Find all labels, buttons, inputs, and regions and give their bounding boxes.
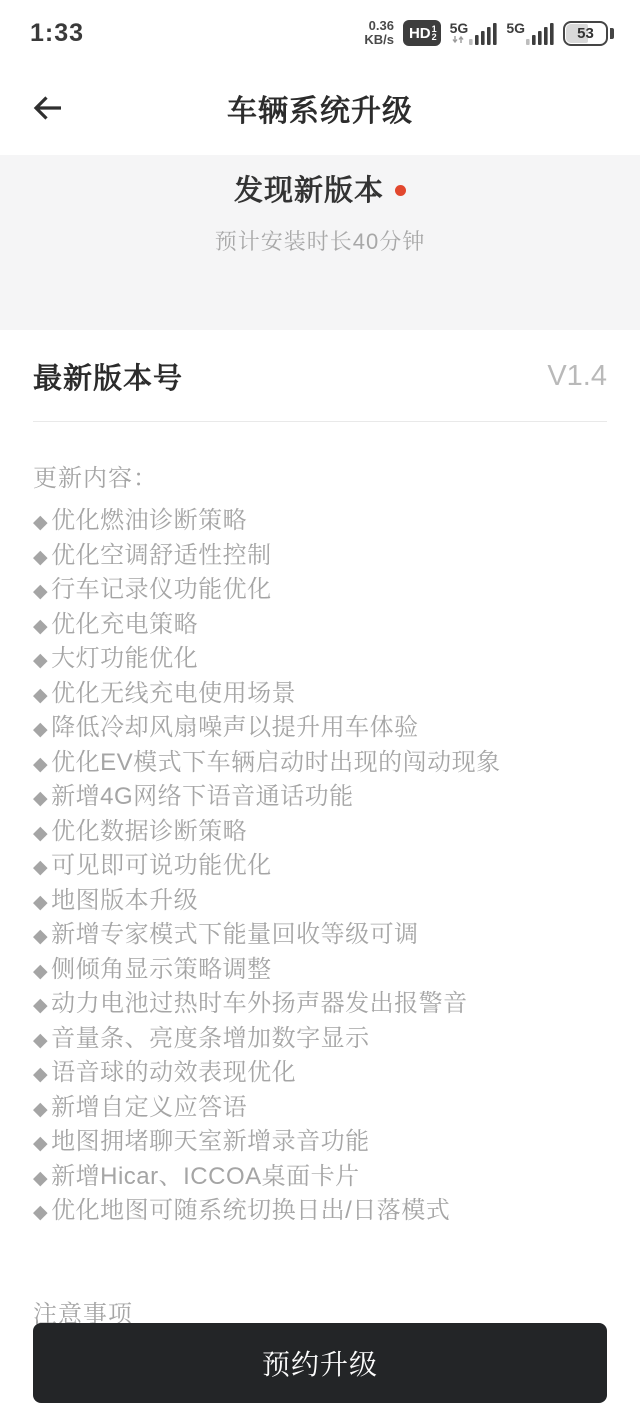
diamond-bullet-icon: ◆	[33, 956, 48, 989]
update-content-heading: 更新内容：	[33, 458, 607, 493]
version-value: V1.4	[547, 360, 607, 393]
update-item-text: 新增专家模式下能量回收等级可调	[51, 919, 419, 952]
divider	[33, 421, 607, 422]
hd-voice-icon: HD 1 2	[403, 20, 441, 46]
diamond-bullet-icon: ◆	[33, 990, 48, 1023]
update-item-text: 语音球的动效表现优化	[51, 1057, 296, 1090]
sim1-5g-label: 5G	[450, 21, 469, 35]
title-bar: 车辆系统升级	[0, 60, 640, 155]
footer: 预约升级	[0, 1323, 640, 1403]
hd-sim2: 2	[432, 33, 437, 41]
diamond-bullet-icon: ◆	[33, 645, 48, 678]
update-list-item: ◆动力电池过热时车外扬声器发出报警音	[33, 988, 607, 1023]
diamond-bullet-icon: ◆	[33, 1128, 48, 1161]
update-list: ◆优化燃油诊断策略◆优化空调舒适性控制◆行车记录仪功能优化◆优化充电策略◆大灯功…	[33, 505, 607, 1230]
update-list-item: ◆地图拥堵聊天室新增录音功能	[33, 1126, 607, 1161]
version-label: 最新版本号	[33, 356, 183, 397]
update-list-item: ◆优化燃油诊断策略	[33, 505, 607, 540]
signal-sim1-icon: 5G	[450, 21, 498, 45]
status-bar: 1:33 0.36 KB/s HD 1 2 5G	[0, 0, 640, 60]
update-item-text: 优化地图可随系统切换日出/日落模式	[51, 1195, 450, 1228]
clock: 1:33	[30, 19, 84, 48]
hd-sim-numbers: 1 2	[432, 25, 437, 41]
red-dot-badge	[395, 185, 406, 196]
update-list-item: ◆新增4G网络下语音通话功能	[33, 781, 607, 816]
update-list-item: ◆优化EV模式下车辆启动时出现的闯动现象	[33, 747, 607, 782]
battery-percent: 53	[565, 23, 606, 44]
update-item-text: 优化空调舒适性控制	[51, 540, 272, 573]
update-item-text: 动力电池过热时车外扬声器发出报警音	[51, 988, 468, 1021]
arrow-left-icon	[30, 90, 66, 126]
update-item-text: 优化无线充电使用场景	[51, 678, 296, 711]
back-button[interactable]	[28, 88, 68, 128]
update-list-item: ◆优化数据诊断策略	[33, 816, 607, 851]
update-item-text: 降低冷却风扇噪声以提升用车体验	[51, 712, 419, 745]
network-speed-indicator: 0.36 KB/s	[364, 19, 394, 47]
update-item-text: 侧倾角显示策略调整	[51, 954, 272, 987]
diamond-bullet-icon: ◆	[33, 749, 48, 782]
install-duration-text: 预计安装时长40分钟	[0, 225, 640, 256]
signal-sim2-icon: 5G	[506, 21, 554, 45]
update-list-item: ◆音量条、亮度条增加数字显示	[33, 1023, 607, 1058]
update-list-item: ◆语音球的动效表现优化	[33, 1057, 607, 1092]
diamond-bullet-icon: ◆	[33, 887, 48, 920]
diamond-bullet-icon: ◆	[33, 1163, 48, 1196]
update-list-item: ◆侧倾角显示策略调整	[33, 954, 607, 989]
diamond-bullet-icon: ◆	[33, 507, 48, 540]
update-item-text: 新增自定义应答语	[51, 1092, 247, 1125]
content: 最新版本号 V1.4 更新内容： ◆优化燃油诊断策略◆优化空调舒适性控制◆行车记…	[0, 330, 640, 1388]
update-item-text: 音量条、亮度条增加数字显示	[51, 1023, 370, 1056]
update-item-text: 优化充电策略	[51, 609, 198, 642]
update-item-text: 可见即可说功能优化	[51, 850, 272, 883]
update-list-item: ◆降低冷却风扇噪声以提升用车体验	[33, 712, 607, 747]
update-item-text: 优化EV模式下车辆启动时出现的闯动现象	[51, 747, 501, 780]
update-list-item: ◆优化无线充电使用场景	[33, 678, 607, 713]
data-arrows-icon	[452, 35, 466, 44]
update-item-text: 优化数据诊断策略	[51, 816, 247, 849]
diamond-bullet-icon: ◆	[33, 680, 48, 713]
update-list-item: ◆可见即可说功能优化	[33, 850, 607, 885]
signal-bars-icon	[469, 21, 497, 45]
diamond-bullet-icon: ◆	[33, 1094, 48, 1127]
diamond-bullet-icon: ◆	[33, 1059, 48, 1092]
diamond-bullet-icon: ◆	[33, 852, 48, 885]
signal-bars-icon	[526, 21, 554, 45]
update-item-text: 新增4G网络下语音通话功能	[51, 781, 354, 814]
update-list-item: ◆新增专家模式下能量回收等级可调	[33, 919, 607, 954]
diamond-bullet-icon: ◆	[33, 921, 48, 954]
update-list-item: ◆大灯功能优化	[33, 643, 607, 678]
diamond-bullet-icon: ◆	[33, 783, 48, 816]
update-item-text: 新增Hicar、ICCOA桌面卡片	[51, 1161, 360, 1194]
new-version-title: 发现新版本	[234, 168, 384, 209]
diamond-bullet-icon: ◆	[33, 1197, 48, 1230]
page-title: 车辆系统升级	[0, 86, 640, 130]
diamond-bullet-icon: ◆	[33, 1025, 48, 1058]
schedule-upgrade-button[interactable]: 预约升级	[33, 1323, 607, 1403]
status-icons: 0.36 KB/s HD 1 2 5G	[364, 19, 614, 47]
new-version-banner: 发现新版本 预计安装时长40分钟	[0, 155, 640, 330]
diamond-bullet-icon: ◆	[33, 611, 48, 644]
update-item-text: 地图拥堵聊天室新增录音功能	[51, 1126, 370, 1159]
sim2-5g-label: 5G	[506, 21, 525, 35]
latest-version-row: 最新版本号 V1.4	[33, 330, 607, 397]
network-speed-value: 0.36	[369, 19, 394, 33]
network-speed-unit: KB/s	[364, 33, 394, 47]
update-item-text: 行车记录仪功能优化	[51, 574, 272, 607]
battery-icon: 53	[563, 21, 614, 46]
diamond-bullet-icon: ◆	[33, 714, 48, 747]
update-list-item: ◆优化地图可随系统切换日出/日落模式	[33, 1195, 607, 1230]
update-item-text: 大灯功能优化	[51, 643, 198, 676]
update-list-item: ◆行车记录仪功能优化	[33, 574, 607, 609]
hd-label: HD	[409, 25, 431, 42]
update-list-item: ◆地图版本升级	[33, 885, 607, 920]
update-list-item: ◆新增自定义应答语	[33, 1092, 607, 1127]
update-item-text: 优化燃油诊断策略	[51, 505, 247, 538]
update-list-item: ◆优化空调舒适性控制	[33, 540, 607, 575]
update-list-item: ◆新增Hicar、ICCOA桌面卡片	[33, 1161, 607, 1196]
update-item-text: 地图版本升级	[51, 885, 198, 918]
update-list-item: ◆优化充电策略	[33, 609, 607, 644]
diamond-bullet-icon: ◆	[33, 576, 48, 609]
diamond-bullet-icon: ◆	[33, 542, 48, 575]
diamond-bullet-icon: ◆	[33, 818, 48, 851]
